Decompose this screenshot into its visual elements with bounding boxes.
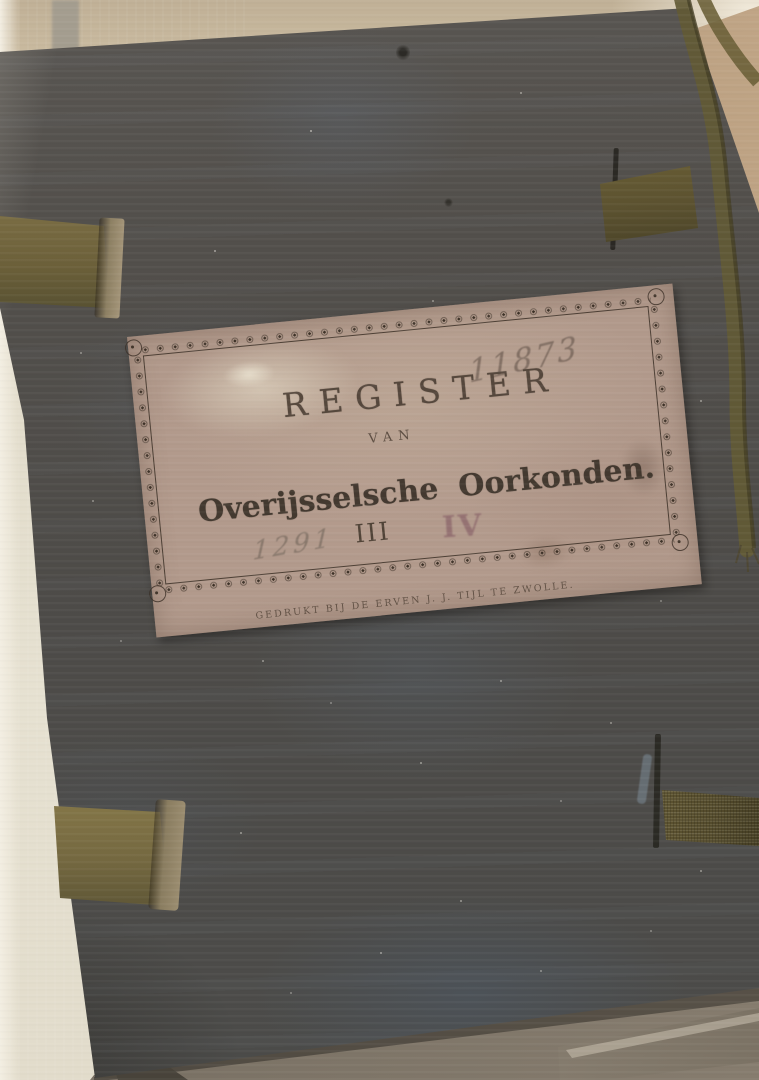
volume-stamp: IV [441, 508, 484, 546]
border-corner-flourish [647, 287, 666, 306]
border-corner-flourish [148, 584, 167, 603]
photo-frame: 11873 REGISTER VAN Overijsselsche Oorkon… [0, 0, 759, 1080]
title-label: 11873 REGISTER VAN Overijsselsche Oorkon… [127, 284, 702, 638]
border-corner-flourish [671, 533, 690, 552]
